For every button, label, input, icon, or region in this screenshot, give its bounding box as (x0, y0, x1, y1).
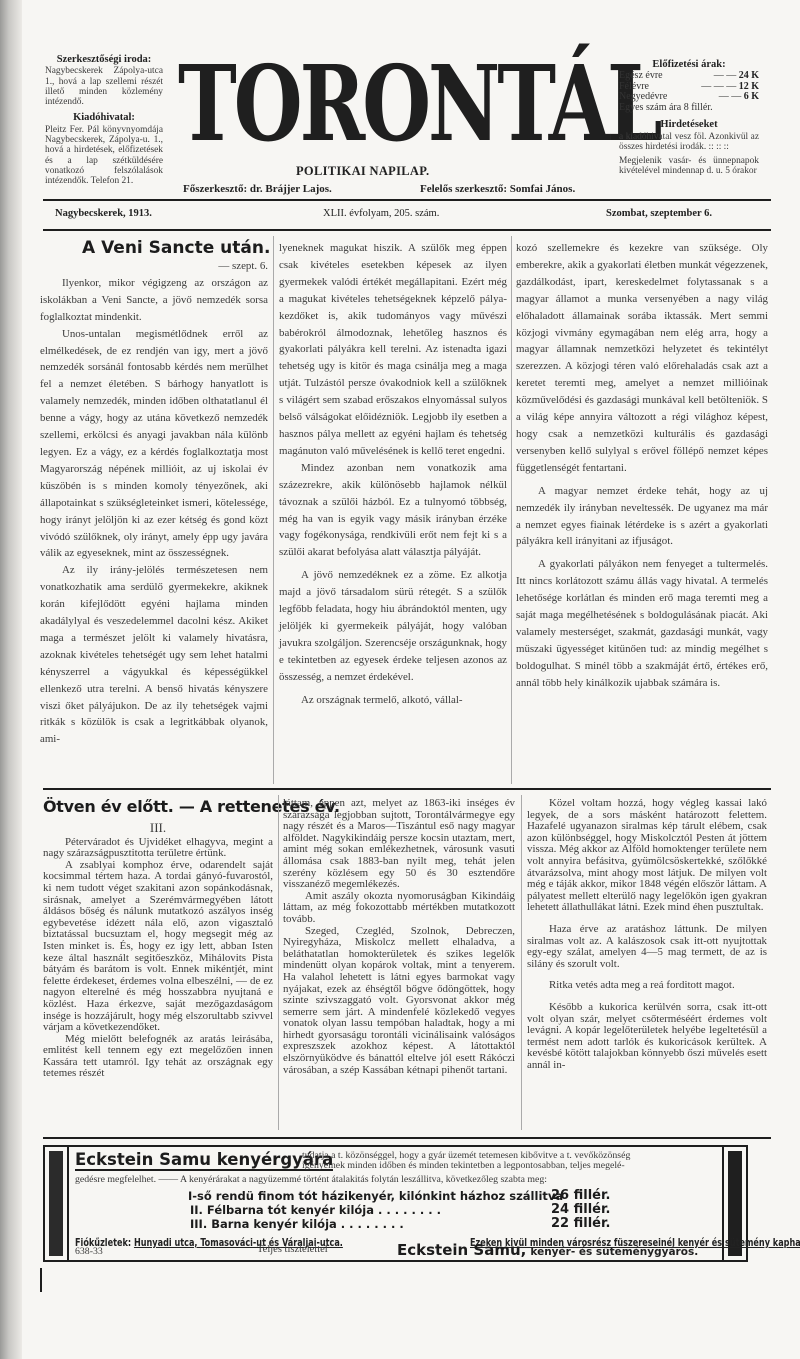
column-divider (273, 236, 274, 784)
ad-price-value: 26 fillér. (551, 1188, 610, 1203)
subscription-heading: Előfizetési árak: (619, 60, 759, 70)
single-copy-price: Egyes szám ára 8 fillér. (619, 103, 759, 114)
dateline-place-year: Nagybecskerek, 1913. (55, 208, 152, 219)
responsible-editor: Felelős szerkesztő: Somfai János. (420, 183, 575, 195)
ad-price-value: 24 fillér. (551, 1202, 610, 1217)
article1-paragraph: A jövő nemzedéknek ez a zöme. Ez alkotja… (279, 567, 507, 685)
editor-in-chief: Főszerkesztő: dr. Brájjer Lajos. (183, 183, 332, 195)
article2-paragraph: Szeged, Czegléd, Szolnok, Debreczen, Nyi… (283, 926, 515, 1077)
price-value: 12 K (739, 81, 759, 92)
editorial-office-heading: Szerkesztőségi iroda: (45, 55, 163, 65)
article1-column-3: kozó szellemekre és kezekre van szüksége… (516, 240, 768, 692)
article2-paragraph: Péterváradot és Ujvidéket elhagyva, megi… (43, 837, 273, 860)
article2-paragraph: Haza érve az aratáshoz láttunk. De milye… (527, 924, 767, 970)
article1-paragraph: A magyar nemzet érdeke tehát, hogy az uj… (516, 483, 768, 551)
ads-heading: Hirdetéseket (619, 120, 759, 130)
ad-reference-number: 638-33 (75, 1247, 103, 1258)
margin-mark (40, 1268, 42, 1292)
ad-price-item: I-ső rendü finom tót házikenyér, kilónki… (188, 1189, 563, 1203)
article2-paragraph: Még mielőtt belefognék az aratás leirásá… (43, 1034, 273, 1080)
article1-paragraph: A gyakorlati pályákon nem fenyeget a tul… (516, 556, 768, 691)
masthead-rule-top (43, 199, 771, 201)
newspaper-subtitle: POLITIKAI NAPILAP. (296, 164, 429, 179)
article1-paragraph: Ilyenkor, mikor végigzeng az országon az… (40, 275, 268, 326)
dateline-date: Szombat, szeptember 6. (606, 208, 712, 219)
article1-paragraph: Az ily irány-jelölés természetesen nem v… (40, 562, 268, 748)
article2-part-number: III. (43, 822, 273, 834)
column-divider (278, 795, 279, 1130)
article2-column-2: láttam, éppen azt, melyet az 1863-iki in… (283, 798, 515, 1076)
masthead-rule-bottom (43, 229, 771, 231)
price-dash: — — — (701, 81, 736, 92)
article1-column-1: — szept. 6. Ilyenkor, mikor végigzeng az… (40, 258, 268, 748)
article1-paragraph: lyeneknek magukat hiszik. A szülők meg é… (279, 240, 507, 460)
price-dash: — — (714, 70, 737, 81)
article1-dateline: — szept. 6. (40, 258, 268, 275)
ad-greeting: Teljes tisztelettel (257, 1245, 328, 1256)
ad-company-name: Eckstein Samu kenyérgyára (75, 1150, 333, 1171)
price-dash: — — (719, 91, 742, 102)
ad-signature-title: kenyér- és süteménygyáros. (530, 1246, 698, 1258)
editorial-office-box: Szerkesztőségi iroda: Nagybecskerek Zápo… (45, 55, 163, 193)
newspaper-title: TORONTÁL (178, 46, 501, 162)
price-value: 6 K (744, 91, 759, 102)
article2-paragraph: Közel voltam hozzá, hogy végleg kassai l… (527, 798, 767, 914)
dateline-volume: XLII. évfolyam, 205. szám. (323, 208, 439, 219)
ad-border-line (67, 1147, 69, 1260)
ad-signature-name: Eckstein Samu, (397, 1241, 526, 1259)
article1-column-2: lyeneknek magukat hiszik. A szülők meg é… (279, 240, 507, 708)
subscription-box: Előfizetési árak: Egész évre — — 24 K Fé… (619, 60, 759, 183)
article2-column-1: III. Péterváradot és Ujvidéket elhagyva,… (43, 822, 273, 1080)
article2-paragraph: Később a kukorica kerülvén sorra, csak i… (527, 1002, 767, 1072)
article1-paragraph: Az országnak termelő, alkotó, vállal- (279, 692, 507, 709)
column-divider (511, 236, 512, 784)
article1-paragraph: Unos-untalan megismétlődnek erről az elm… (40, 326, 268, 563)
subscription-price-table: Egész évre — — 24 K Félévre — — — 12 K N… (619, 71, 759, 113)
ad-signature: Eckstein Samu, kenyér- és süteménygyáros… (397, 1241, 698, 1260)
ad-intro-line-2: igényeinek minden időben és minden tekin… (302, 1161, 722, 1172)
ornament-border-left (49, 1151, 63, 1256)
article1-paragraph: Mindez azonban nem vonatkozik ama százez… (279, 460, 507, 561)
article2-paragraph: Amit aszály okozta nyomoruságban Kikindá… (283, 891, 515, 926)
ad-price-item: III. Barna kenyér kilója . . . . . . . . (190, 1217, 404, 1231)
article1-headline: A Veni Sancte után. (82, 238, 270, 258)
price-value: 24 K (739, 70, 759, 81)
bakery-advertisement: Eckstein Samu kenyérgyára tudatja a t. k… (43, 1145, 748, 1262)
ad-price-value: 22 fillér. (551, 1216, 610, 1231)
publishing-office-text: Pleitz Fer. Pál könyvnyomdája Nagybecske… (45, 125, 163, 187)
article2-column-3: Közel voltam hozzá, hogy végleg kassai l… (527, 798, 767, 1071)
article1-paragraph: kozó szellemekre és kezekre van szüksége… (516, 240, 768, 477)
article2-paragraph: A zsablyai komphoz érve, odarendelt sajá… (43, 860, 273, 1034)
publication-schedule: Megjelenik vasár- és ünnepnapok kivételé… (619, 156, 759, 177)
editorial-office-text: Nagybecskerek Zápolya-utca 1., hová a la… (45, 66, 163, 107)
section-rule (43, 1137, 771, 1139)
page-gutter-shadow (0, 0, 22, 1359)
ad-price-item: II. Félbarna tót kenyér kilója . . . . .… (190, 1203, 441, 1217)
ad-intro-line-3: gedésre megfelelhet. —— A kenyérárakat a… (75, 1175, 725, 1186)
ads-text: a kiadóhivatal vesz föl. Azonkivül az ös… (619, 132, 759, 153)
article2-paragraph: Ritka vetés adta meg a reá forditott mag… (527, 980, 767, 992)
article2-paragraph: láttam, éppen azt, melyet az 1863-iki in… (283, 798, 515, 891)
section-rule (43, 788, 771, 790)
publishing-office-heading: Kiadóhivatal: (45, 113, 163, 123)
column-divider (521, 795, 522, 1130)
